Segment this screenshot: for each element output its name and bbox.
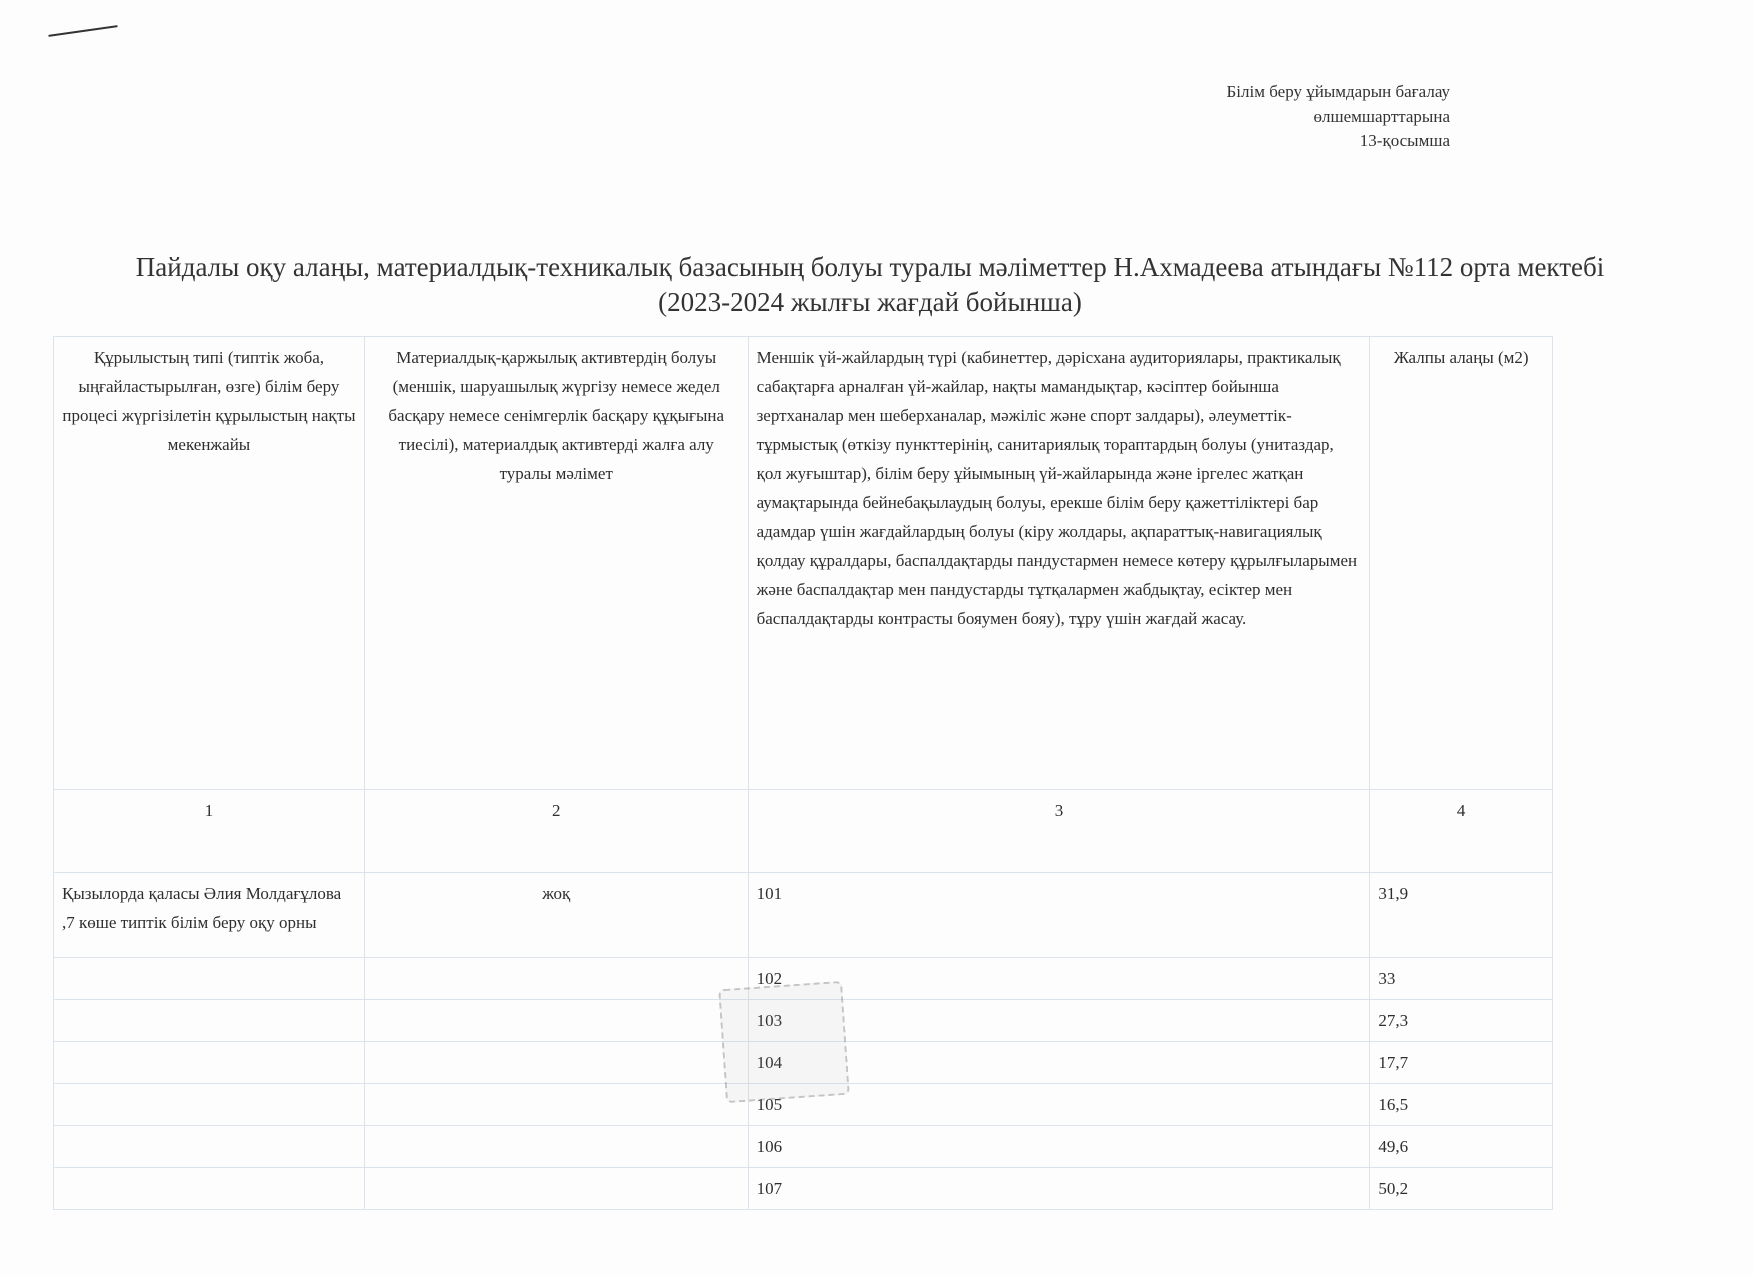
column-number: 1 [54,790,365,873]
address-cell [54,1042,365,1084]
table-row: 106 49,6 [54,1126,1553,1168]
assets-cell [364,1168,748,1210]
column-number-row: 1 2 3 4 [54,790,1553,873]
title-line-2: (2023-2024 жылғы жағдай бойынша) [60,285,1680,320]
address-cell [54,1126,365,1168]
address-cell [54,1168,365,1210]
room-cell: 101 [748,873,1370,958]
stamp-smudge [718,981,850,1103]
area-cell: 16,5 [1370,1084,1553,1126]
header-row: Құрылыстың типі (типтік жоба, ыңғайласты… [54,337,1553,790]
assets-cell: жоқ [364,873,748,958]
address-cell [54,1000,365,1042]
address-cell: Қызылорда қаласы Әлия Молдағұлова ,7 көш… [54,873,365,958]
assets-cell [364,1000,748,1042]
column-number: 3 [748,790,1370,873]
area-cell: 33 [1370,958,1553,1000]
assets-cell [364,1126,748,1168]
area-cell: 50,2 [1370,1168,1553,1210]
table-row: Қызылорда қаласы Әлия Молдағұлова ,7 көш… [54,873,1553,958]
header-area: Жалпы алаңы (м2) [1370,337,1553,790]
room-cell: 107 [748,1168,1370,1210]
column-number: 4 [1370,790,1553,873]
assets-cell [364,958,748,1000]
document-title: Пайдалы оқу алаңы, материалдық-техникалы… [60,250,1680,320]
room-cell: 106 [748,1126,1370,1168]
assets-cell [364,1084,748,1126]
annex-line-1: Білім беру ұйымдарын бағалау [1227,80,1450,105]
area-cell: 31,9 [1370,873,1553,958]
header-address: Құрылыстың типі (типтік жоба, ыңғайласты… [54,337,365,790]
header-room-type: Меншік үй-жайлардың түрі (кабинеттер, дә… [748,337,1370,790]
assets-cell [364,1042,748,1084]
scan-pen-mark [48,25,118,37]
area-cell: 27,3 [1370,1000,1553,1042]
annex-note: Білім беру ұйымдарын бағалау өлшемшартта… [1227,80,1450,154]
title-line-1: Пайдалы оқу алаңы, материалдық-техникалы… [60,250,1680,285]
table-row: 107 50,2 [54,1168,1553,1210]
address-cell [54,958,365,1000]
area-cell: 49,6 [1370,1126,1553,1168]
area-cell: 17,7 [1370,1042,1553,1084]
column-number: 2 [364,790,748,873]
address-cell [54,1084,365,1126]
header-assets: Материалдық-қаржылық активтердің болуы (… [364,337,748,790]
annex-line-2: өлшемшарттарына [1227,105,1450,130]
annex-line-3: 13-қосымша [1227,129,1450,154]
